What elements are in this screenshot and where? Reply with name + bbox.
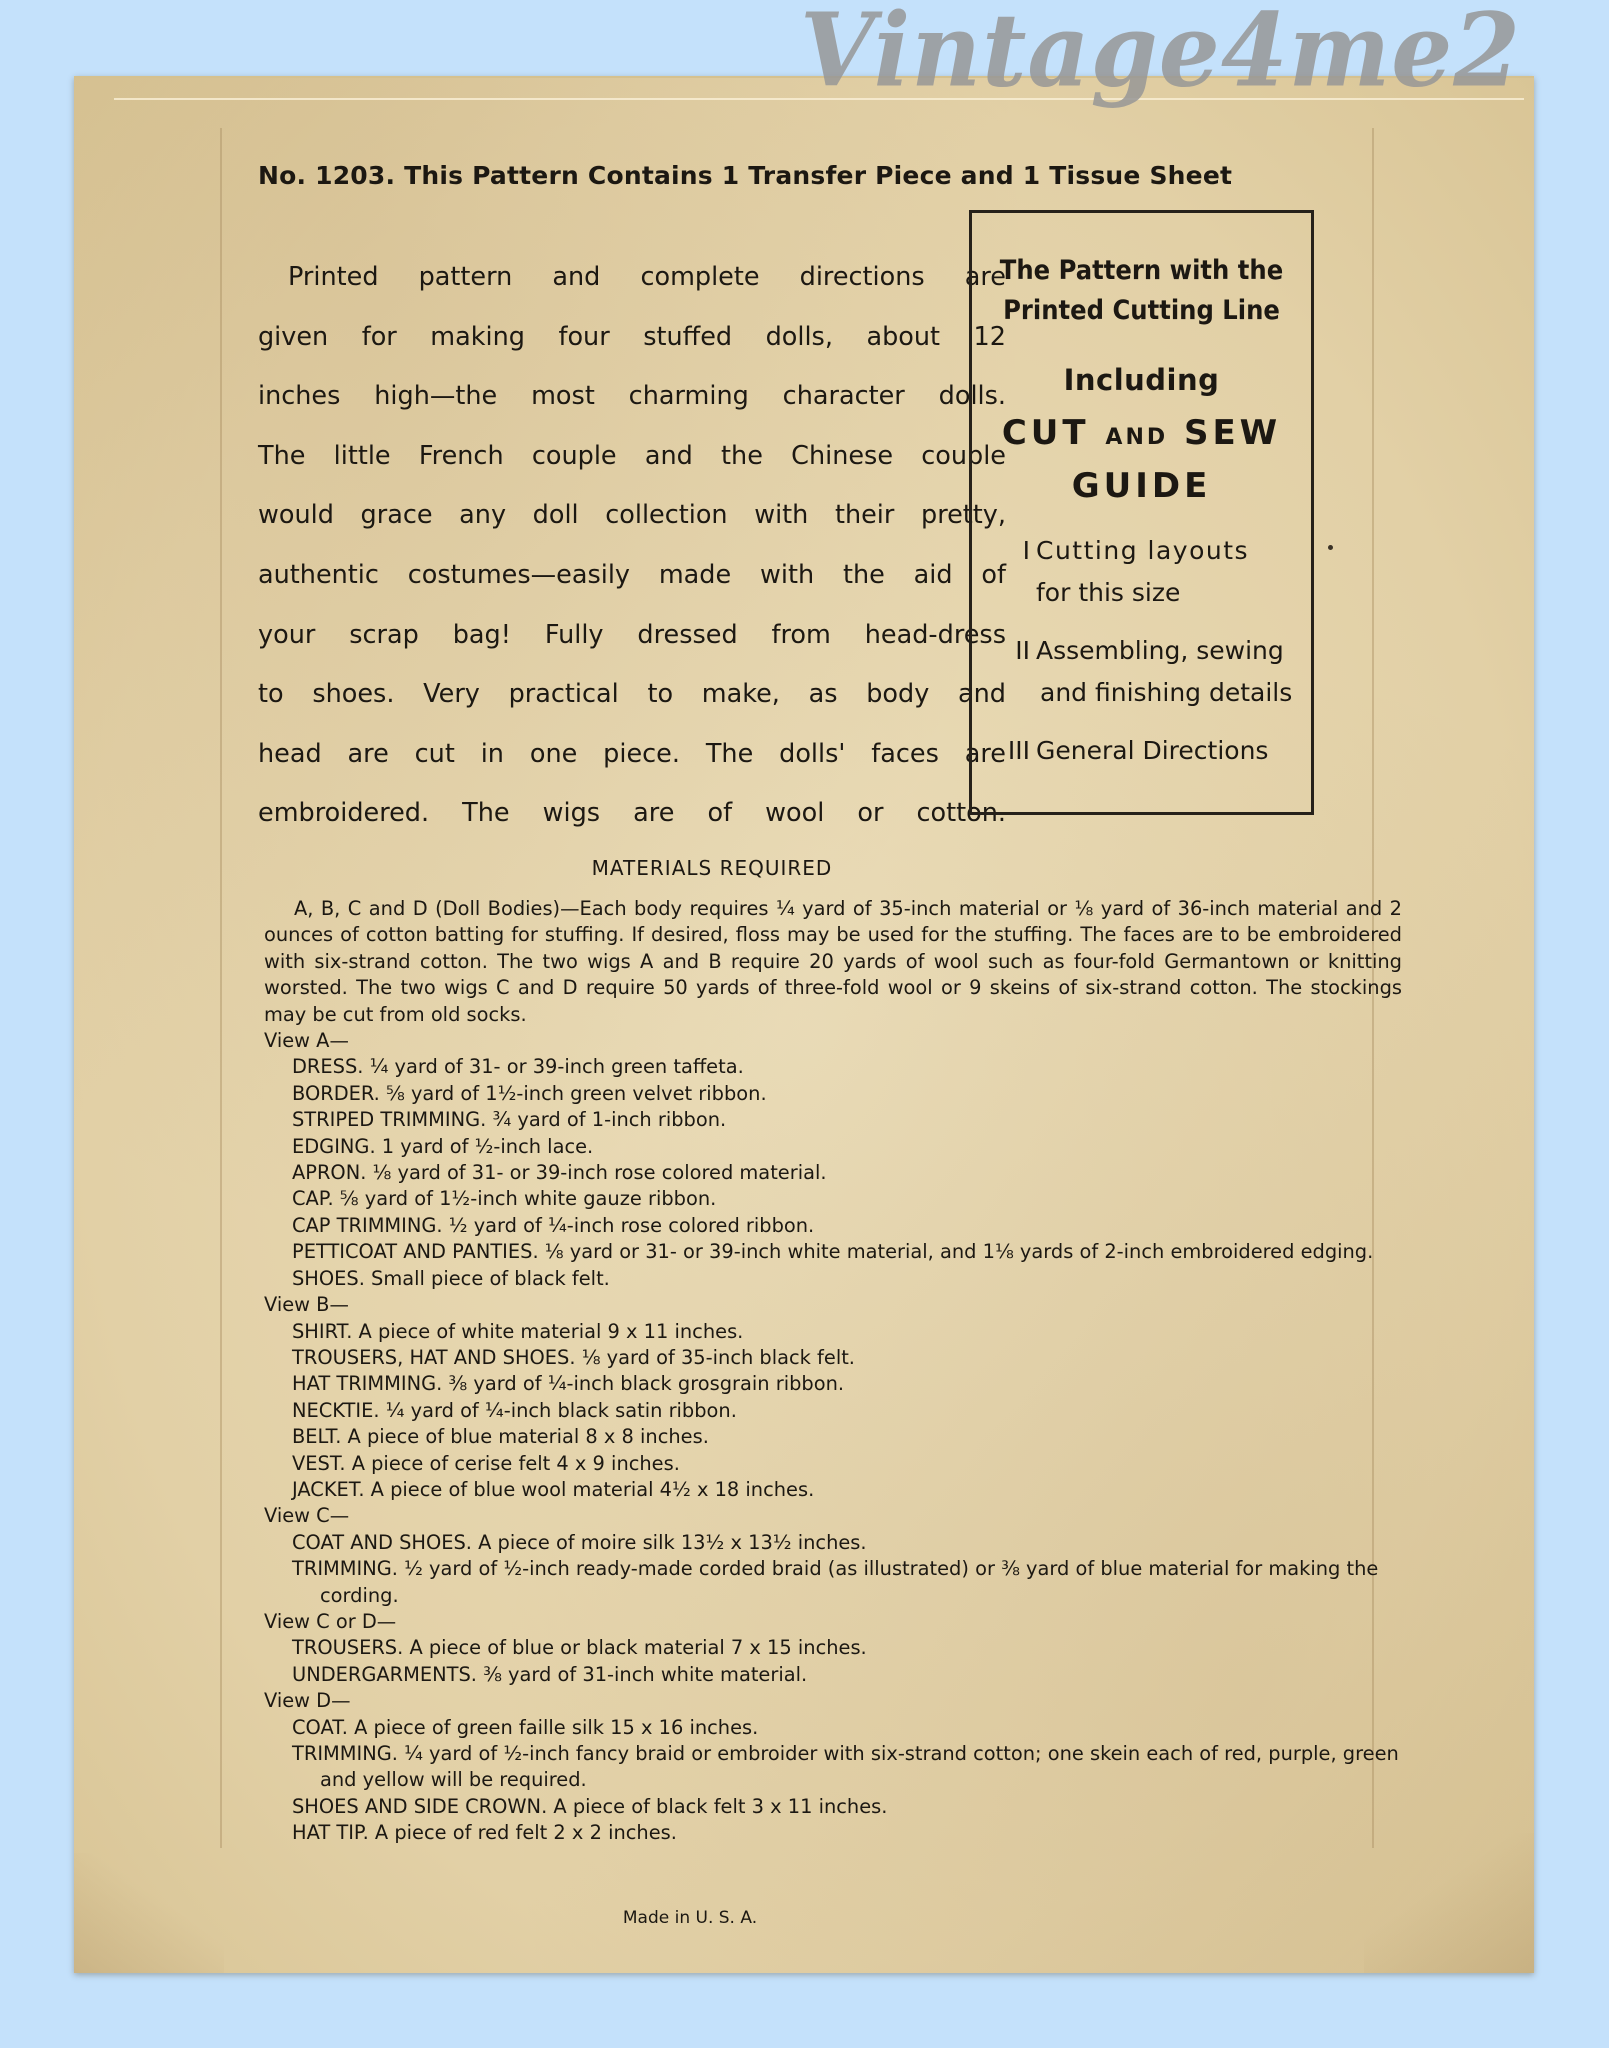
guide-item-text: General Directions xyxy=(1036,729,1291,773)
material-item: BORDER. ⅝ yard of 1½-inch green velvet r… xyxy=(264,1081,1402,1107)
view-a-heading: View A— xyxy=(264,1028,1402,1054)
material-item: JACKET. A piece of blue wool material 4½… xyxy=(264,1477,1402,1503)
guide-item-text: and finishing details xyxy=(1036,671,1291,715)
intro-line: to shoes. Very practical to make, as bod… xyxy=(258,665,1006,725)
guide-heading: The Pattern with the Printed Cutting Lin… xyxy=(989,251,1294,331)
guide-guide-word: GUIDE xyxy=(972,462,1311,510)
material-item: STRIPED TRIMMING. ¾ yard of 1-inch ribbo… xyxy=(264,1107,1402,1133)
guide-item-numeral: I xyxy=(1000,529,1030,573)
intro-line: The little French couple and the Chinese… xyxy=(258,427,1006,487)
pattern-envelope-back: No. 1203. This Pattern Contains 1 Transf… xyxy=(74,76,1534,1973)
doll-bodies-paragraph: A, B, C and D (Doll Bodies)—Each body re… xyxy=(264,896,1402,1028)
material-item: TRIMMING. ¼ yard of ½-inch fancy braid o… xyxy=(264,1741,1402,1794)
material-item: HAT TIP. A piece of red felt 2 x 2 inche… xyxy=(264,1820,1402,1846)
material-item: APRON. ⅛ yard of 31- or 39-inch rose col… xyxy=(264,1160,1402,1186)
guide-including: Including xyxy=(972,363,1311,397)
material-item: BELT. A piece of blue material 8 x 8 inc… xyxy=(264,1424,1402,1450)
cut-and-sew-guide-box: The Pattern with the Printed Cutting Lin… xyxy=(969,210,1314,815)
material-item: UNDERGARMENTS. ⅜ yard of 31-inch white m… xyxy=(264,1662,1402,1688)
material-item: DRESS. ¼ yard of 31- or 39-inch green ta… xyxy=(264,1054,1402,1080)
material-item: CAP TRIMMING. ½ yard of ¼-inch rose colo… xyxy=(264,1213,1402,1239)
guide-item-text: Assembling, sewing xyxy=(1036,629,1291,673)
material-item: TROUSERS, HAT AND SHOES. ⅛ yard of 35-in… xyxy=(264,1345,1402,1371)
material-item: COAT AND SHOES. A piece of moire silk 13… xyxy=(264,1530,1402,1556)
intro-line: authentic costumes—easily made with the … xyxy=(258,546,1006,606)
intro-line: your scrap bag! Fully dressed from head-… xyxy=(258,606,1006,666)
view-d-heading: View D— xyxy=(264,1688,1402,1714)
guide-item: I Cutting layouts for this size xyxy=(1000,529,1291,615)
guide-heading-line: The Pattern with the xyxy=(989,251,1294,291)
guide-heading-line: Printed Cutting Line xyxy=(989,291,1294,331)
material-item: VEST. A piece of cerise felt 4 x 9 inche… xyxy=(264,1451,1402,1477)
material-item: CAP. ⅝ yard of 1½-inch white gauze ribbo… xyxy=(264,1186,1402,1212)
material-item: TROUSERS. A piece of blue or black mater… xyxy=(264,1635,1402,1661)
material-item: EDGING. 1 yard of ½-inch lace. xyxy=(264,1134,1402,1160)
material-item: TRIMMING. ½ yard of ½-inch ready-made co… xyxy=(264,1556,1402,1609)
guide-cut: CUT xyxy=(1002,413,1090,453)
intro-line: given for making four stuffed dolls, abo… xyxy=(258,308,1006,368)
intro-line: Printed pattern and complete directions … xyxy=(258,248,1006,308)
intro-line: would grace any doll collection with the… xyxy=(258,486,1006,546)
materials-list: A, B, C and D (Doll Bodies)—Each body re… xyxy=(264,896,1402,1847)
dot-mark xyxy=(1328,545,1333,550)
material-item: SHOES AND SIDE CROWN. A piece of black f… xyxy=(264,1794,1402,1820)
materials-heading: MATERIALS REQUIRED xyxy=(0,856,1442,880)
intro-line: inches high—the most charming character … xyxy=(258,367,1006,427)
guide-and: AND xyxy=(1105,425,1168,450)
guide-sew: SEW xyxy=(1184,413,1281,453)
watermark-text: Vintage4me2 xyxy=(800,0,1521,110)
material-item: COAT. A piece of green faille silk 15 x … xyxy=(264,1715,1402,1741)
guide-cut-and-sew-title: CUT AND SEW GUIDE xyxy=(972,409,1311,510)
view-c-or-d-heading: View C or D— xyxy=(264,1609,1402,1635)
intro-paragraph: Printed pattern and complete directions … xyxy=(258,248,1006,844)
guide-item: II Assembling, sewing and finishing deta… xyxy=(1000,629,1291,715)
guide-item-text: Cutting layouts xyxy=(1036,529,1291,573)
material-item: SHIRT. A piece of white material 9 x 11 … xyxy=(264,1319,1402,1345)
guide-item-text: for this size xyxy=(1036,571,1291,615)
material-item: SHOES. Small piece of black felt. xyxy=(264,1266,1402,1292)
material-item: HAT TRIMMING. ⅜ yard of ¼-inch black gro… xyxy=(264,1371,1402,1397)
guide-contents-list: I Cutting layouts for this size II Assem… xyxy=(1000,529,1291,787)
view-b-heading: View B— xyxy=(264,1292,1402,1318)
pattern-title: No. 1203. This Pattern Contains 1 Transf… xyxy=(258,161,1232,190)
material-item: NECKTIE. ¼ yard of ¼-inch black satin ri… xyxy=(264,1398,1402,1424)
view-c-heading: View C— xyxy=(264,1503,1402,1529)
intro-line: embroidered. The wigs are of wool or cot… xyxy=(258,784,1006,844)
made-in-usa: Made in U. S. A. xyxy=(0,1908,1420,1928)
guide-item-numeral: III xyxy=(1000,729,1030,773)
guide-item: III General Directions xyxy=(1000,729,1291,773)
guide-item-numeral: II xyxy=(1000,629,1030,673)
intro-line: head are cut in one piece. The dolls' fa… xyxy=(258,725,1006,785)
material-item: PETTICOAT AND PANTIES. ⅛ yard or 31- or … xyxy=(264,1239,1402,1265)
left-flap-edge xyxy=(220,128,222,1848)
bottom-right-fold xyxy=(1364,1833,1534,1973)
